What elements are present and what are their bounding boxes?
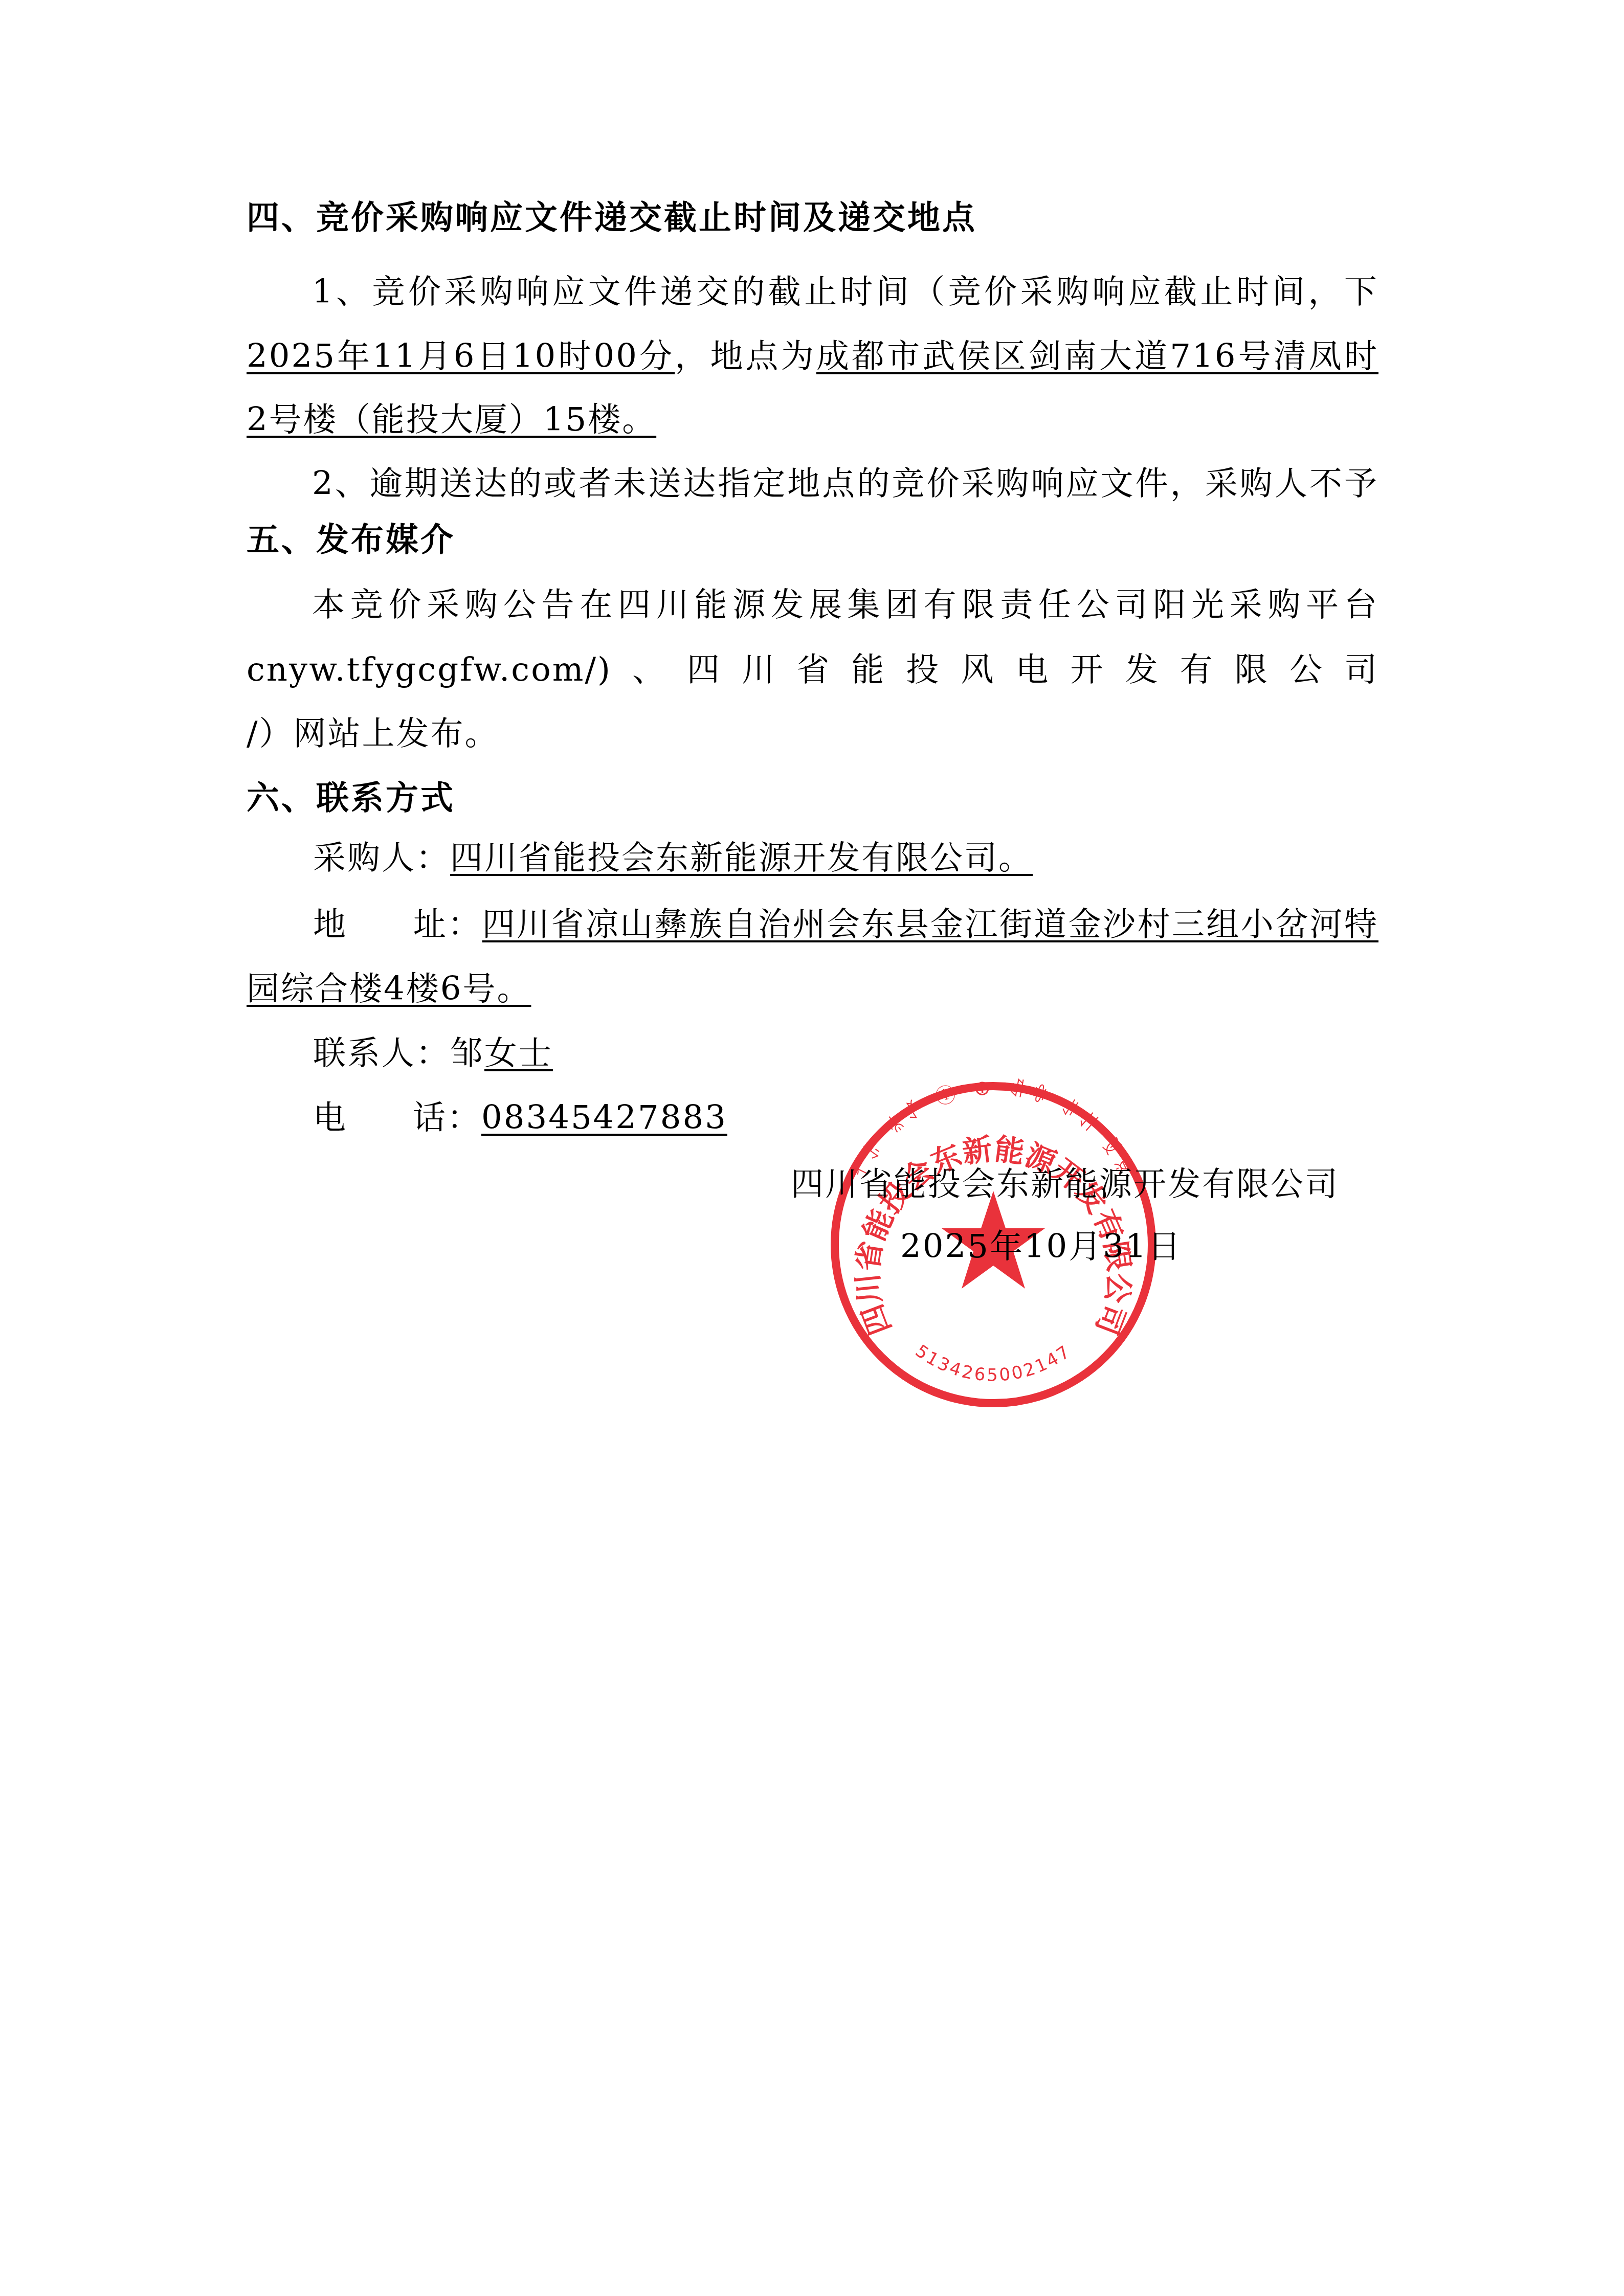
location-prefix: ，地点为 (675, 337, 816, 375)
contact-surname: 邹 (450, 1034, 484, 1072)
phone-label-a: 电 (313, 1099, 347, 1137)
address-value-line-2: 园综合楼4楼6号。 (247, 970, 531, 1008)
section-4-heading: 四、竞价采购响应文件递交截止时间及递交地点 (247, 186, 977, 250)
address-label-a: 地 (313, 906, 347, 943)
publish-media-line-2: cnyw.tfygcgfw.com/)、四川省能投风电开发有限公司(https:… (247, 638, 1378, 702)
item-1-line-1: 1、竞价采购响应文件递交的截止时间（竞价采购响应截止时间，下同）为 (312, 260, 1378, 324)
item-1-line-3: 2号楼（能投大厦）15楼。 (247, 388, 656, 452)
phone-value: 08345427883 (481, 1099, 727, 1137)
purchaser-row: 采购人：四川省能投会东新能源开发有限公司。 (313, 826, 1033, 890)
address-row: 地址：四川省凉山彝族自治州会东县金江街道金沙村三组小岔河特色产业 (313, 892, 1378, 957)
location-text-part-2: 2号楼（能投大厦）15楼。 (247, 401, 656, 439)
signature-date: 2025年10月31日 (900, 1214, 1182, 1279)
publish-media-line-3: /）网站上发布。 (247, 702, 499, 766)
signature-company: 四川省能投会东新能源开发有限公司 (791, 1152, 1339, 1217)
contact-row: 联系人：邹女士 (313, 1021, 553, 1086)
address-label-b: 址： (413, 906, 482, 943)
purchaser-label: 采购人： (313, 839, 450, 877)
section-5-heading: 五、发布媒介 (247, 508, 455, 572)
address-row-continued: 园综合楼4楼6号。 (247, 957, 531, 1021)
phone-row: 电话：08345427883 (313, 1086, 727, 1150)
item-1-line-2: 2025年11月6日10时00分，地点为成都市武侯区剑南大道716号清凤时代城 (247, 324, 1378, 389)
section-6-heading: 六、联系方式 (247, 766, 455, 830)
item-2: 2、逾期送达的或者未送达指定地点的竞价采购响应文件，采购人不予受理。 (312, 452, 1378, 516)
deadline-text: 2025年11月6日10时00分 (247, 337, 675, 375)
phone-label-b: 话： (413, 1099, 481, 1137)
contact-title: 女士 (484, 1034, 553, 1072)
contact-label: 联系人： (313, 1034, 450, 1072)
purchaser-value: 四川省能投会东新能源开发有限公司。 (450, 839, 1033, 877)
publish-media-line-1: 本竞价采购公告在四川能源发展集团有限责任公司阳光采购平台(http://s (312, 573, 1378, 637)
seal-serial-number: 5134265002147 (911, 1341, 1075, 1386)
